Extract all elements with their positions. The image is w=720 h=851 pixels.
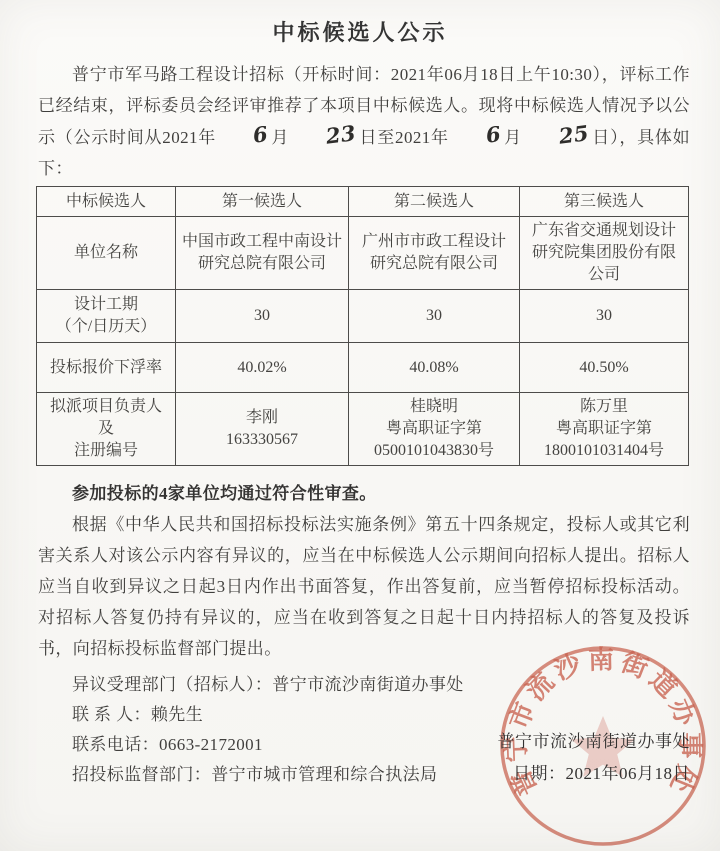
intro-text: 日至2021年	[359, 128, 449, 147]
header-third-candidate: 第三候选人	[520, 187, 689, 217]
row-label-unit-name: 单位名称	[37, 217, 176, 290]
table-cell: 广州市市政工程设计研究总院有限公司	[349, 217, 520, 290]
intro-text: 月	[504, 128, 522, 147]
table-cell: 陈万里 粤高职证字第 1800101031404号	[520, 393, 689, 466]
table-cell: 中国市政工程中南设计研究总院有限公司	[176, 217, 349, 290]
table-row-project-manager: 拟派项目负责人及 注册编号 李刚 163330567 桂晓明 粤高职证字第 05…	[37, 393, 689, 466]
table-cell: 40.08%	[349, 343, 520, 393]
handwritten-month: 6	[217, 118, 269, 155]
intro-paragraph: 普宁市军马路工程设计招标（开标时间：2021年06月18日上午10:30），评标…	[38, 59, 690, 184]
table-header-row: 中标候选人 第一候选人 第二候选人 第三候选人	[37, 187, 689, 217]
table-row-discount-rate: 投标报价下浮率 40.02% 40.08% 40.50%	[37, 343, 689, 393]
signoff-date: 日期：2021年06月18日	[498, 758, 691, 790]
table-row-unit-name: 单位名称 中国市政工程中南设计研究总院有限公司 广州市市政工程设计研究总院有限公…	[37, 217, 689, 290]
table-cell: 30	[349, 290, 520, 343]
table-cell: 广东省交通规划设计研究院集团股份有限公司	[520, 217, 689, 290]
row-label-project-manager: 拟派项目负责人及 注册编号	[37, 393, 176, 466]
table-cell: 桂晓明 粤高职证字第 0500101043830号	[349, 393, 520, 466]
notice-document: 中标候选人公示 普宁市军马路工程设计招标（开标时间：2021年06月18日上午1…	[0, 0, 720, 851]
header-second-candidate: 第二候选人	[349, 187, 520, 217]
candidates-table: 中标候选人 第一候选人 第二候选人 第三候选人 单位名称 中国市政工程中南设计研…	[36, 186, 689, 466]
table-cell: 30	[520, 290, 689, 343]
header-first-candidate: 第一候选人	[176, 187, 349, 217]
review-statement: 参加投标的4家单位均通过符合性审查。	[38, 478, 690, 509]
signoff-org: 普宁市流沙南街道办事处	[498, 726, 691, 758]
table-cell: 40.02%	[176, 343, 349, 393]
row-label-discount-rate: 投标报价下浮率	[37, 343, 176, 393]
table-cell: 李刚 163330567	[176, 393, 349, 466]
handwritten-day: 25	[523, 117, 590, 156]
law-paragraph: 根据《中华人民共和国招标投标法实施条例》第五十四条规定，投标人或其它利害关系人对…	[38, 509, 690, 664]
signoff-block: 普宁市流沙南街道办事处 日期：2021年06月18日	[498, 726, 691, 790]
intro-text: 月	[271, 128, 289, 147]
row-label-design-period: 设计工期 （个/日历天）	[37, 290, 176, 343]
handwritten-day: 23	[291, 117, 358, 156]
header-candidate: 中标候选人	[37, 187, 176, 217]
page-title: 中标候选人公示	[0, 0, 720, 47]
table-cell: 40.50%	[520, 343, 689, 393]
table-cell: 30	[176, 290, 349, 343]
handwritten-month: 6	[450, 118, 502, 155]
table-row-design-period: 设计工期 （个/日历天） 30 30 30	[37, 290, 689, 343]
